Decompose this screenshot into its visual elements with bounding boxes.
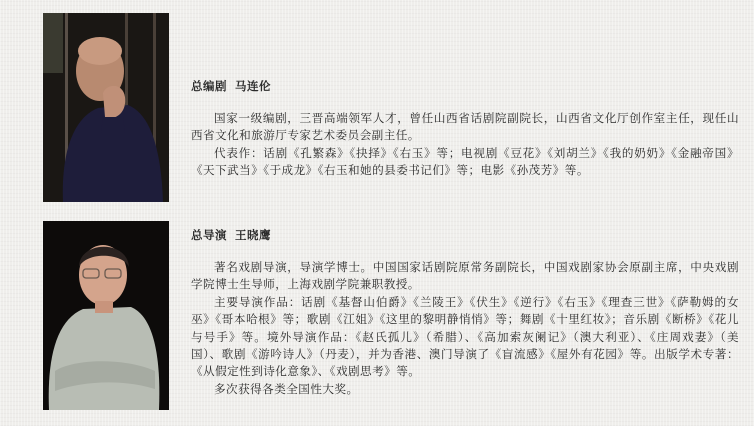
profile-works-paragraph: 主要导演作品：话剧《基督山伯爵》《兰陵王》《伏生》《逆行》《右玉》《理查三世》《… — [191, 294, 739, 381]
profile-works-paragraph: 代表作：话剧《孔繁森》《抉择》《右玉》等；电视剧《豆花》《刘胡兰》《我的奶奶》《… — [191, 145, 739, 180]
profile-bio-paragraph: 国家一级编剧，三晋高端领军人才，曾任山西省话剧院副院长，山西省文化厅创作室主任，… — [191, 110, 739, 145]
profile-section-chief-playwright: 总编剧马连伦 国家一级编剧，三晋高端领军人才，曾任山西省话剧院副院长，山西省文化… — [191, 78, 739, 180]
profile-bio-paragraph: 著名戏剧导演，导演学博士。中国国家话剧院原常务副院长，中国戏剧家协会原副主席，中… — [191, 259, 739, 294]
profile-role: 总导演 — [191, 228, 227, 242]
profile-name: 王晓鹰 — [235, 228, 271, 242]
profile-role: 总编剧 — [191, 79, 227, 93]
profile-awards-paragraph: 多次获得各类全国性大奖。 — [191, 381, 739, 398]
profile-name: 马连伦 — [235, 79, 271, 93]
portrait-photo-wang-xiaoying — [43, 221, 169, 410]
portrait-photo-ma-lianlun — [43, 13, 169, 202]
profile-section-chief-director: 总导演王晓鹰 著名戏剧导演，导演学博士。中国国家话剧院原常务副院长，中国戏剧家协… — [191, 227, 739, 398]
portrait-image — [43, 13, 169, 202]
profile-heading: 总编剧马连伦 — [191, 78, 739, 94]
portrait-image — [43, 221, 169, 410]
page: 总编剧马连伦 国家一级编剧，三晋高端领军人才，曾任山西省话剧院副院长，山西省文化… — [0, 0, 754, 426]
profile-heading: 总导演王晓鹰 — [191, 227, 739, 243]
